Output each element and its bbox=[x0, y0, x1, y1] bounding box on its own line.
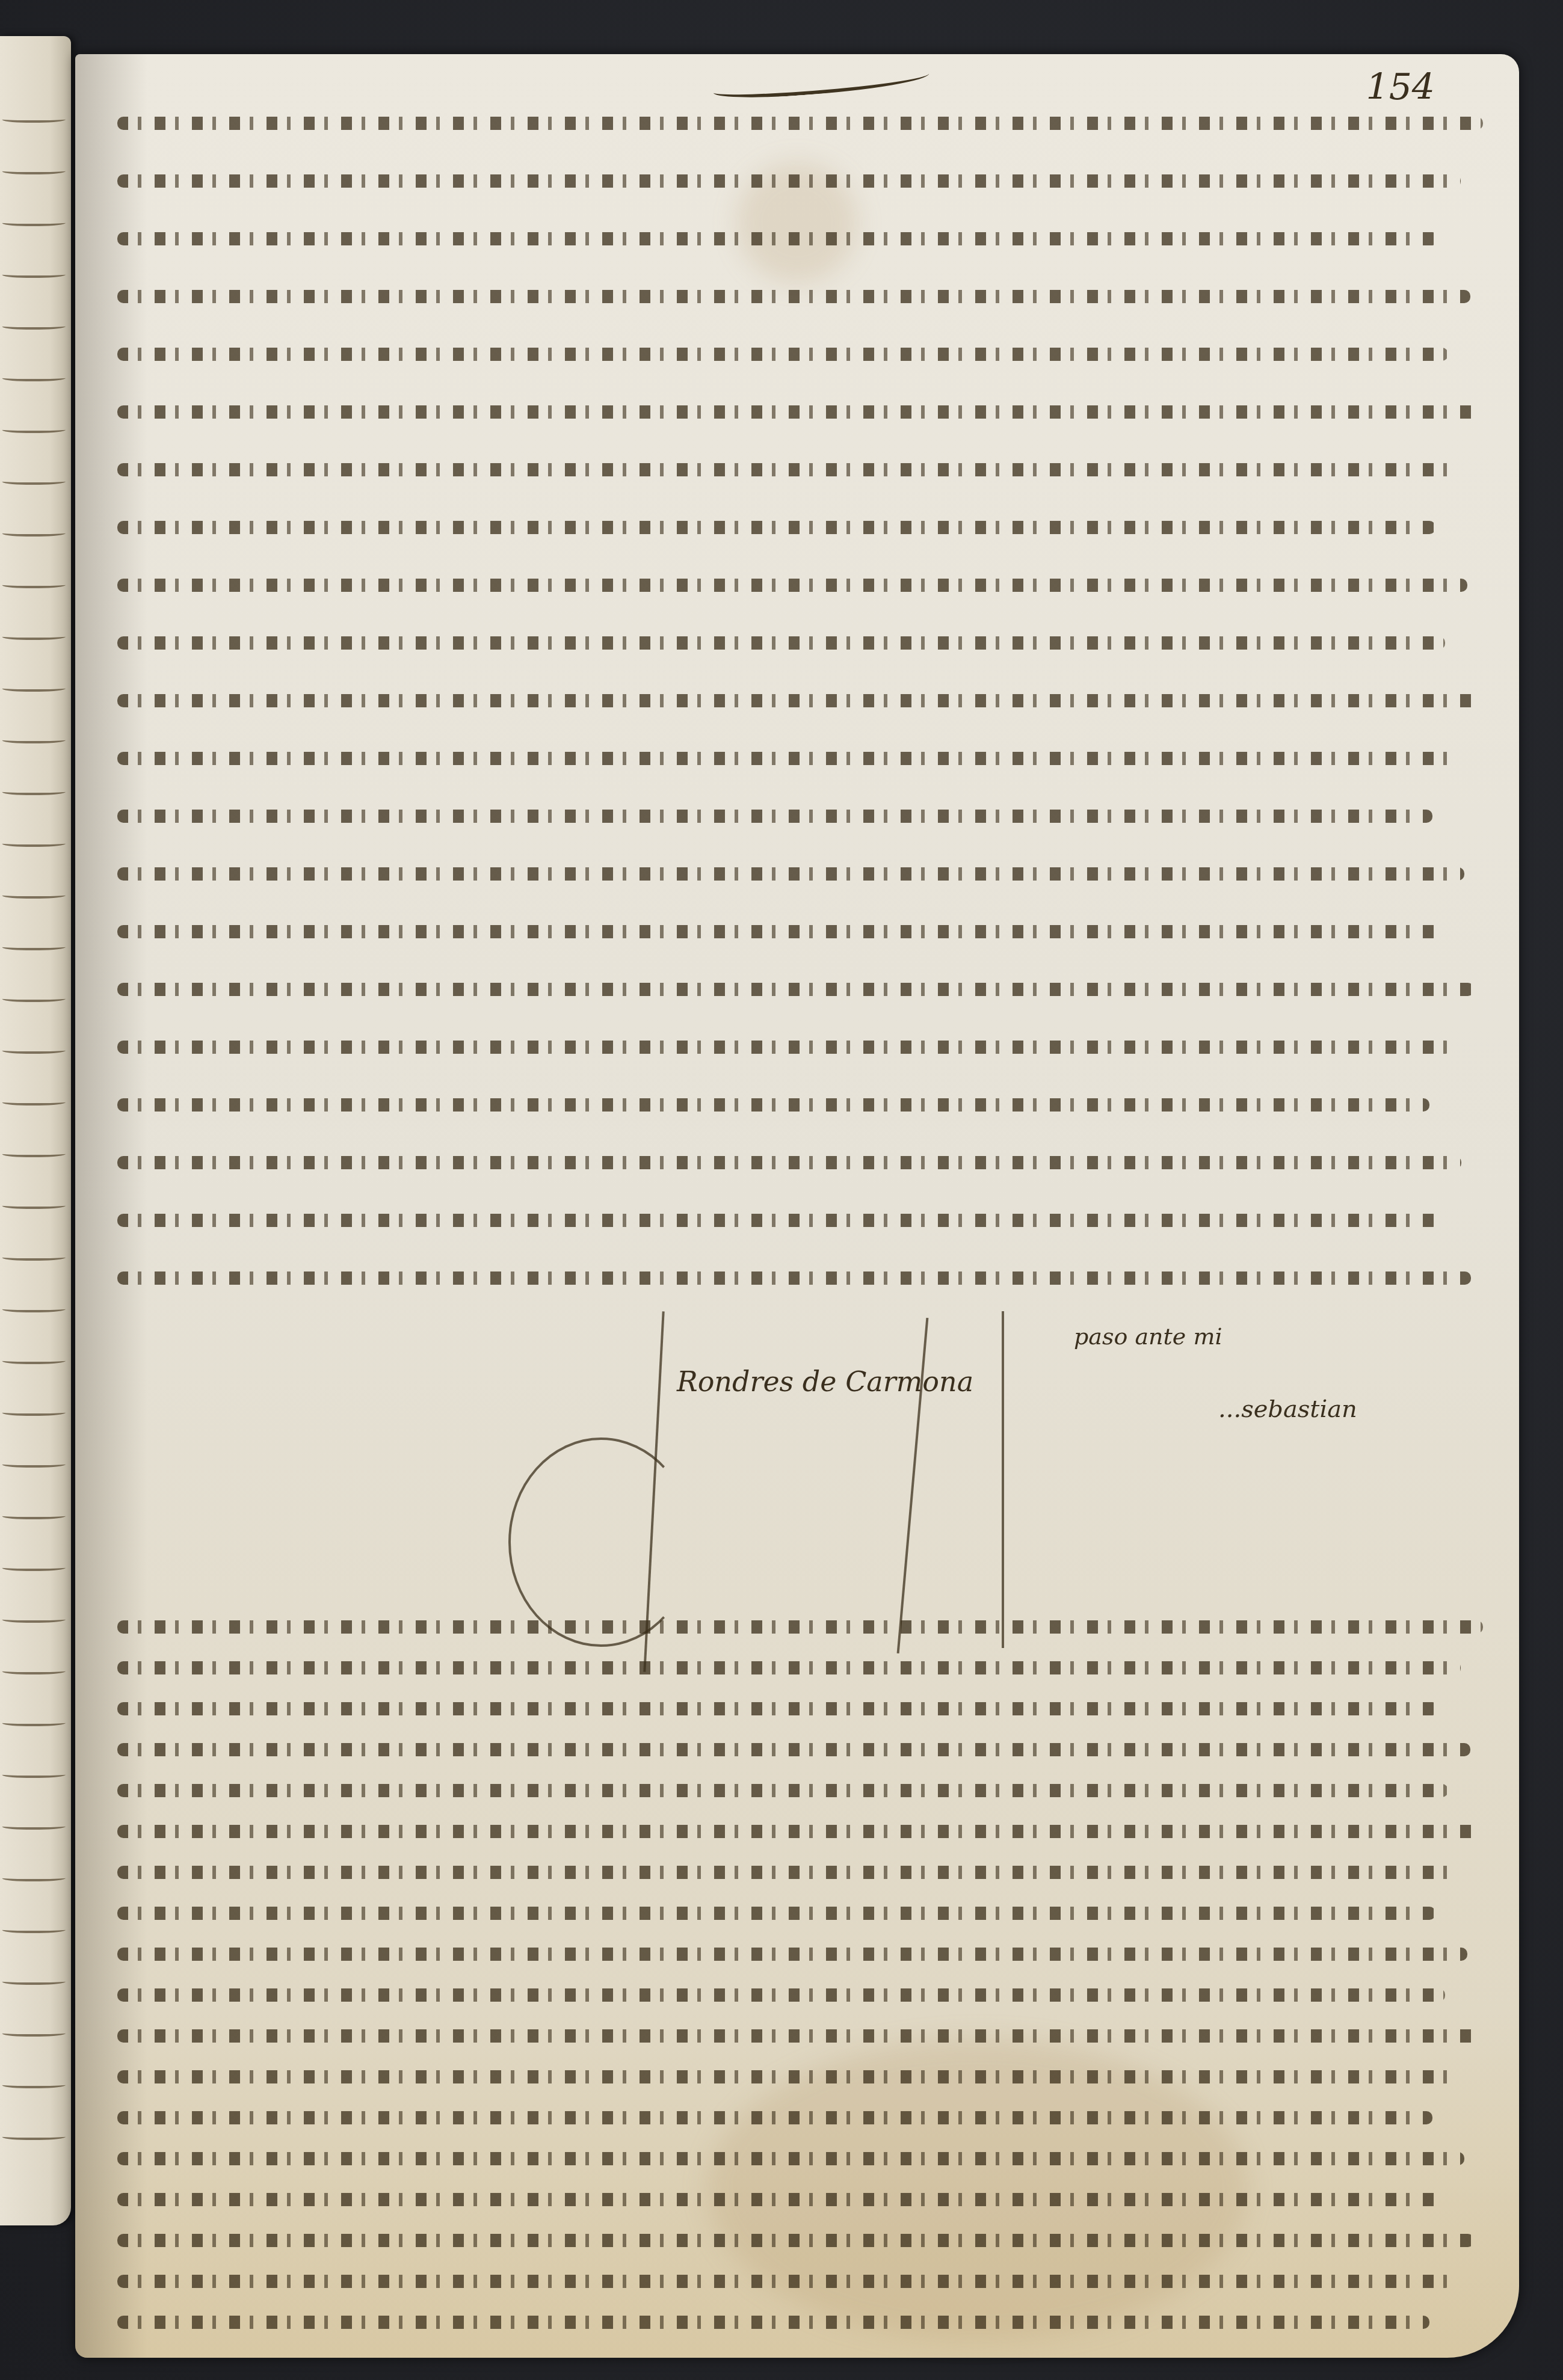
left-page-line-fragment bbox=[1, 787, 67, 795]
handwritten-line bbox=[117, 1205, 1439, 1235]
handwritten-line bbox=[117, 2021, 1477, 2051]
left-page-line-fragment bbox=[1, 1614, 67, 1623]
left-page-line-fragment bbox=[1, 890, 67, 899]
left-page-line-fragment bbox=[1, 1045, 67, 1054]
handwriting-stroke bbox=[117, 810, 1432, 823]
handwritten-line bbox=[117, 570, 1467, 600]
handwritten-line bbox=[117, 1090, 1429, 1120]
left-page-line-fragment bbox=[1, 1407, 67, 1416]
handwriting-stroke bbox=[117, 1907, 1435, 1920]
left-page-line-fragment bbox=[1, 735, 67, 743]
handwriting-stroke bbox=[117, 1156, 1461, 1169]
handwritten-line bbox=[117, 1980, 1445, 2010]
handwriting-stroke bbox=[117, 463, 1458, 476]
handwritten-line bbox=[117, 1148, 1461, 1178]
handwritten-line bbox=[117, 2307, 1429, 2337]
handwritten-line bbox=[117, 2225, 1474, 2255]
handwriting-stroke bbox=[117, 1784, 1448, 1797]
handwriting-stroke bbox=[117, 2152, 1464, 2165]
handwritten-line bbox=[117, 974, 1474, 1004]
left-page-line-fragment bbox=[1, 2132, 67, 2140]
handwritten-line bbox=[117, 455, 1458, 485]
handwritten-line bbox=[117, 628, 1445, 658]
handwritten-line bbox=[117, 108, 1483, 138]
handwriting-stroke bbox=[117, 117, 1483, 130]
handwritten-line bbox=[117, 1939, 1467, 1969]
left-page-line-fragment bbox=[1, 1252, 67, 1261]
handwriting-stroke bbox=[117, 1620, 1483, 1634]
left-page-line-fragment bbox=[1, 942, 67, 950]
left-page-line-fragment bbox=[1, 632, 67, 640]
handwriting-stroke bbox=[117, 232, 1438, 245]
handwriting-stroke bbox=[117, 290, 1470, 303]
left-page-line-fragment bbox=[1, 838, 67, 847]
handwriting-stroke bbox=[117, 1702, 1438, 1715]
handwritten-line bbox=[117, 1735, 1470, 1765]
left-page-line-fragment bbox=[1, 683, 67, 692]
handwritten-line bbox=[117, 686, 1477, 716]
signature-sebastian: ...sebastian bbox=[1218, 1395, 1357, 1423]
left-page-line-fragment bbox=[1, 218, 67, 226]
handwritten-line bbox=[117, 2185, 1442, 2215]
handwritten-line bbox=[117, 859, 1464, 889]
handwritten-line bbox=[117, 339, 1448, 369]
handwriting-stroke bbox=[117, 1825, 1480, 1838]
handwriting-stroke bbox=[117, 1866, 1458, 1879]
handwriting-stroke bbox=[117, 752, 1455, 765]
left-page-line-fragment bbox=[1, 1821, 67, 1830]
left-page-line-fragment bbox=[1, 1511, 67, 1519]
handwritten-line bbox=[117, 1694, 1438, 1724]
handwritten-line bbox=[117, 1898, 1435, 1928]
handwritten-line bbox=[117, 917, 1442, 947]
signature-paso-ante-mi: paso ante mi bbox=[1074, 1323, 1222, 1350]
handwriting-stroke bbox=[117, 2275, 1452, 2288]
handwritten-line bbox=[117, 2144, 1464, 2174]
handwriting-stroke bbox=[117, 925, 1442, 938]
manuscript-page: 154 Rondres de Carmona paso ante mi ...s… bbox=[75, 54, 1519, 2358]
handwritten-line bbox=[117, 1612, 1483, 1642]
handwriting-stroke bbox=[117, 2029, 1477, 2043]
left-page-line-fragment bbox=[1, 2028, 67, 2037]
signature-stroke bbox=[1002, 1311, 1004, 1648]
handwritten-line bbox=[117, 224, 1438, 254]
left-page-line-fragment bbox=[1, 321, 67, 330]
left-page-line-fragment bbox=[1, 1149, 67, 1157]
left-page-line-fragment bbox=[1, 1770, 67, 1778]
handwriting-stroke bbox=[117, 1098, 1429, 1112]
handwritten-line bbox=[117, 512, 1435, 543]
left-page-line-fragment bbox=[1, 1666, 67, 1674]
handwriting-stroke bbox=[117, 1948, 1467, 1961]
handwritten-line bbox=[117, 1816, 1480, 1846]
handwriting-stroke bbox=[117, 636, 1445, 650]
left-page-line-fragment bbox=[1, 373, 67, 381]
left-page-line-fragment bbox=[1, 2080, 67, 2088]
left-page-line-fragment bbox=[1, 166, 67, 174]
left-page-line-fragment bbox=[1, 1097, 67, 1105]
handwritten-line bbox=[117, 1263, 1471, 1293]
left-page-line-fragment bbox=[1, 425, 67, 433]
left-page-line-fragment bbox=[1, 476, 67, 485]
handwriting-stroke bbox=[117, 1988, 1445, 2002]
signature-carmona: Rondres de Carmona bbox=[677, 1365, 973, 1398]
facing-page-left bbox=[0, 36, 71, 2225]
handwriting-stroke bbox=[117, 1743, 1470, 1756]
handwriting-stroke bbox=[117, 983, 1474, 996]
left-page-line-fragment bbox=[1, 114, 67, 123]
handwritten-line bbox=[117, 2103, 1432, 2133]
left-page-line-fragment bbox=[1, 1718, 67, 1726]
folio-number: 154 bbox=[1366, 66, 1435, 108]
handwriting-stroke bbox=[117, 2316, 1429, 2329]
left-page-line-fragment bbox=[1, 994, 67, 1002]
handwriting-stroke bbox=[117, 579, 1467, 592]
left-page-line-fragment bbox=[1, 1356, 67, 1364]
handwritten-line bbox=[117, 1032, 1452, 1062]
handwriting-stroke bbox=[117, 348, 1448, 361]
left-page-line-fragment bbox=[1, 1459, 67, 1468]
handwritten-line bbox=[117, 1776, 1448, 1806]
handwritten-line bbox=[117, 2062, 1455, 2092]
handwritten-line bbox=[117, 166, 1461, 196]
handwriting-stroke bbox=[117, 521, 1435, 534]
handwritten-line bbox=[117, 281, 1470, 312]
left-page-line-fragment bbox=[1, 1304, 67, 1312]
handwritten-line bbox=[117, 1653, 1461, 1683]
left-page-line-fragment bbox=[1, 528, 67, 537]
handwritten-line bbox=[117, 1857, 1458, 1887]
handwriting-stroke bbox=[117, 2234, 1474, 2247]
handwriting-stroke bbox=[117, 1214, 1439, 1227]
handwritten-line bbox=[117, 801, 1432, 831]
handwriting-stroke bbox=[117, 1661, 1461, 1674]
handwriting-stroke bbox=[117, 174, 1461, 188]
handwriting-stroke bbox=[117, 2193, 1442, 2206]
handwriting-stroke bbox=[117, 2111, 1432, 2124]
left-page-line-fragment bbox=[1, 1201, 67, 1209]
left-page-line-fragment bbox=[1, 1873, 67, 1881]
handwriting-stroke bbox=[117, 405, 1480, 419]
handwritten-line bbox=[117, 2266, 1452, 2296]
left-page-line-fragment bbox=[1, 1925, 67, 1933]
handwriting-stroke bbox=[117, 694, 1477, 707]
left-page-line-fragment bbox=[1, 1976, 67, 1985]
heading-flourish bbox=[712, 64, 930, 101]
left-page-line-fragment bbox=[1, 1563, 67, 1571]
handwriting-stroke bbox=[117, 867, 1464, 881]
handwritten-line bbox=[117, 397, 1480, 427]
left-page-line-fragment bbox=[1, 269, 67, 278]
left-page-line-fragment bbox=[1, 580, 67, 588]
handwriting-stroke bbox=[117, 1271, 1471, 1285]
handwritten-line bbox=[117, 743, 1455, 773]
handwriting-stroke bbox=[117, 1041, 1452, 1054]
handwriting-stroke bbox=[117, 2070, 1455, 2083]
